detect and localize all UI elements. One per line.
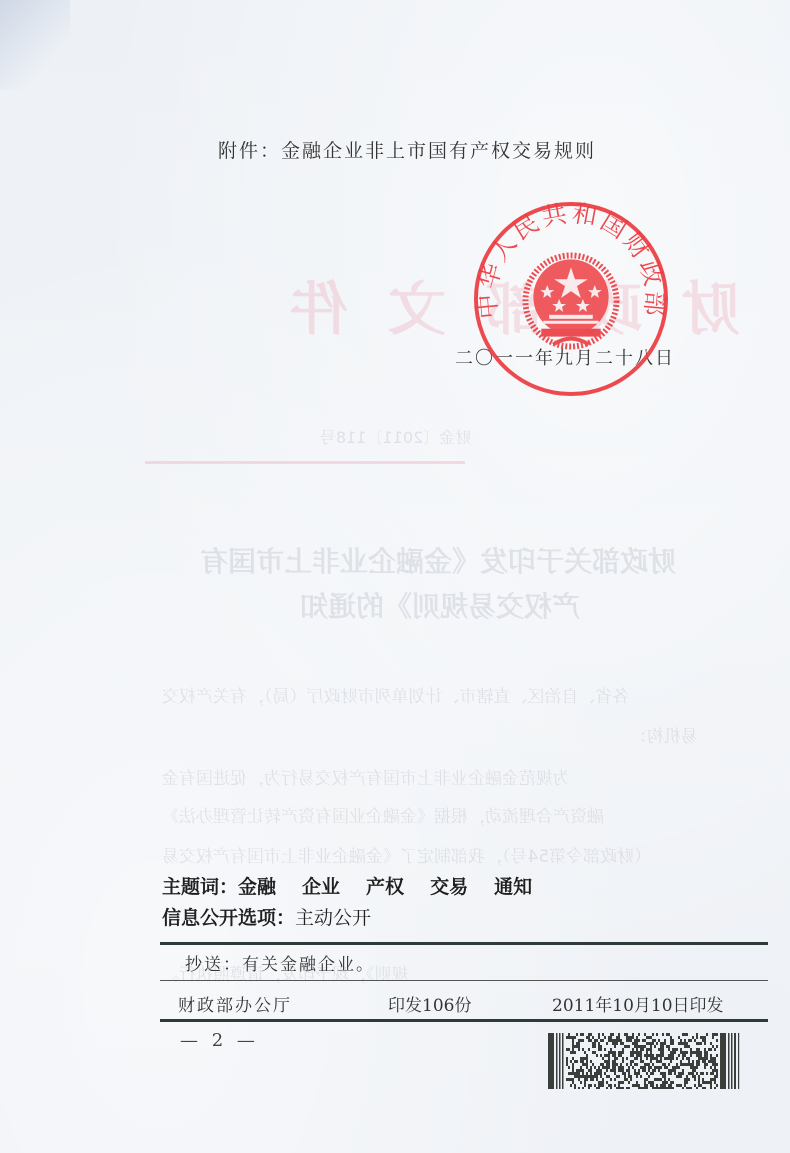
show-through-red-rule xyxy=(145,461,465,464)
keyword: 交易 xyxy=(430,876,468,898)
show-through-body-5: （财政部令第54号），我部制定了《金融企业非上市国有产权交易 xyxy=(162,842,651,867)
keyword: 企业 xyxy=(302,876,340,898)
show-through-body-1: 各省、自治区、直辖市、计划单列市财政厅（局），有关产权交 xyxy=(162,682,630,707)
scan-shadow xyxy=(0,0,70,90)
subject-keywords: 主题词：金融企业产权交易通知 xyxy=(162,872,558,899)
disclosure-value: 主动公开 xyxy=(295,907,371,929)
show-through-doc-number: 财金〔2011〕118号 xyxy=(320,425,471,448)
disclosure-label: 信息公开选项： xyxy=(162,907,295,929)
show-through-body-3: 为规范金融企业非上市国有产权交易行为，促进国有金 xyxy=(162,764,570,789)
show-through-title-2: 产权交易规则》的通知 xyxy=(300,585,580,625)
issue-date: 2011年10月10日印发 xyxy=(552,991,724,1016)
subject-keywords-label: 主题词： xyxy=(162,876,238,898)
attachment-line: 附件：金融企业非上市国有产权交易规则 xyxy=(218,136,596,163)
barcode-icon xyxy=(548,1033,748,1089)
show-through-title-1: 财政部关于印发《金融企业非上市国有 xyxy=(200,540,676,580)
official-seal-icon: 中华人民共和国财政部 xyxy=(472,200,670,398)
keyword: 通知 xyxy=(494,876,532,898)
copies: 印发106份 xyxy=(388,991,471,1016)
issuer: 财政部办公厅 xyxy=(178,991,292,1016)
divider-top xyxy=(160,942,768,945)
disclosure-option: 信息公开选项：主动公开 xyxy=(162,903,371,930)
keyword: 金融 xyxy=(238,876,276,898)
divider-middle xyxy=(160,980,768,981)
cc-line: 抄送：有关金融企业。 xyxy=(185,950,375,975)
page-number: — 2 — xyxy=(180,1030,259,1051)
show-through-body-4: 融资产合理流动，根据《金融企业国有资产转让管理办法》 xyxy=(162,802,604,827)
divider-bottom xyxy=(160,1019,768,1022)
show-through-body-2: 易机构： xyxy=(630,722,698,747)
keyword: 产权 xyxy=(366,876,404,898)
